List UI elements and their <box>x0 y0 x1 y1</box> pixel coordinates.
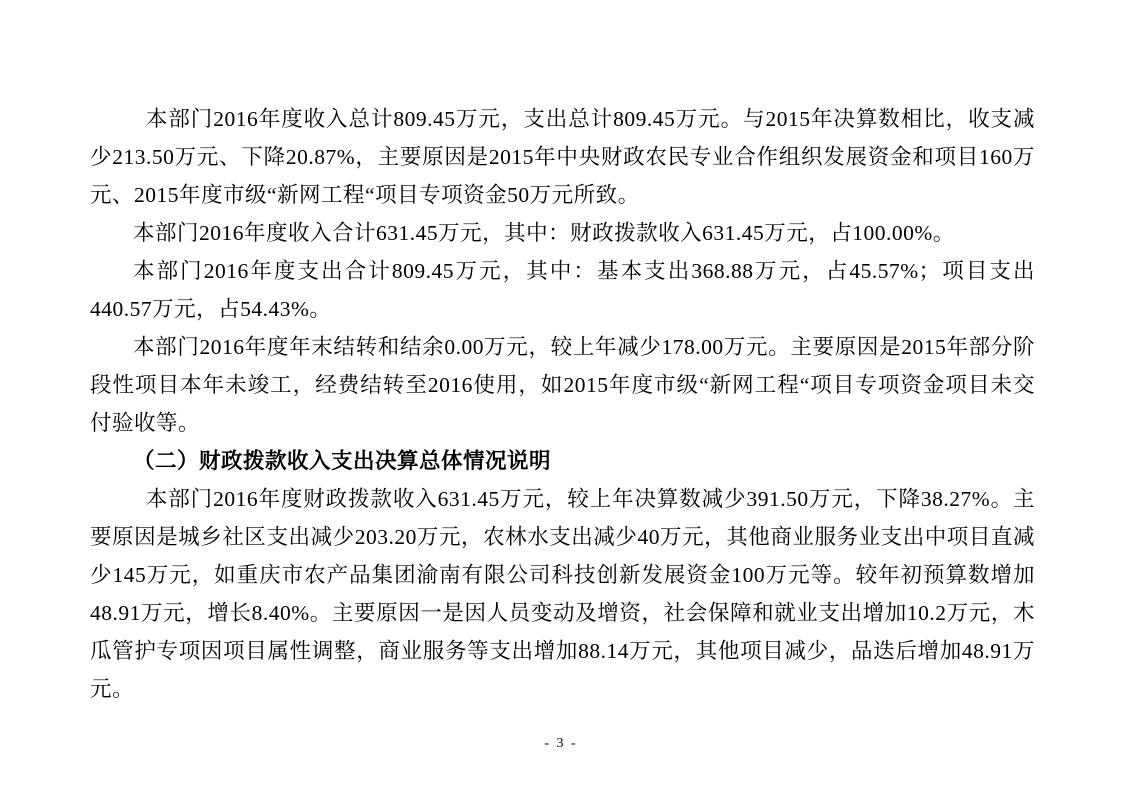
paragraph-year-end-balance: 本部门2016年度年末结转和结余0.00万元，较上年减少178.00万元。主要原… <box>90 328 1035 442</box>
paragraph-expenditure-total: 本部门2016年度支出合计809.45万元，其中：基本支出368.88万元，占4… <box>90 252 1035 328</box>
paragraph-income-total: 本部门2016年度收入合计631.45万元，其中：财政拨款收入631.45万元，… <box>90 214 1035 252</box>
section-heading-fiscal-appropriation: （二）财政拨款收入支出决算总体情况说明 <box>90 442 1035 480</box>
document-body: 本部门2016年度收入总计809.45万元，支出总计809.45万元。与2015… <box>90 100 1035 708</box>
page-number: - 3 - <box>0 736 1122 752</box>
paragraph-fiscal-appropriation-detail: 本部门2016年度财政拨款收入631.45万元，较上年决算数减少391.50万元… <box>90 480 1035 708</box>
document-page: 本部门2016年度收入总计809.45万元，支出总计809.45万元。与2015… <box>0 0 1122 793</box>
paragraph-income-expenditure-total: 本部门2016年度收入总计809.45万元，支出总计809.45万元。与2015… <box>90 100 1035 214</box>
